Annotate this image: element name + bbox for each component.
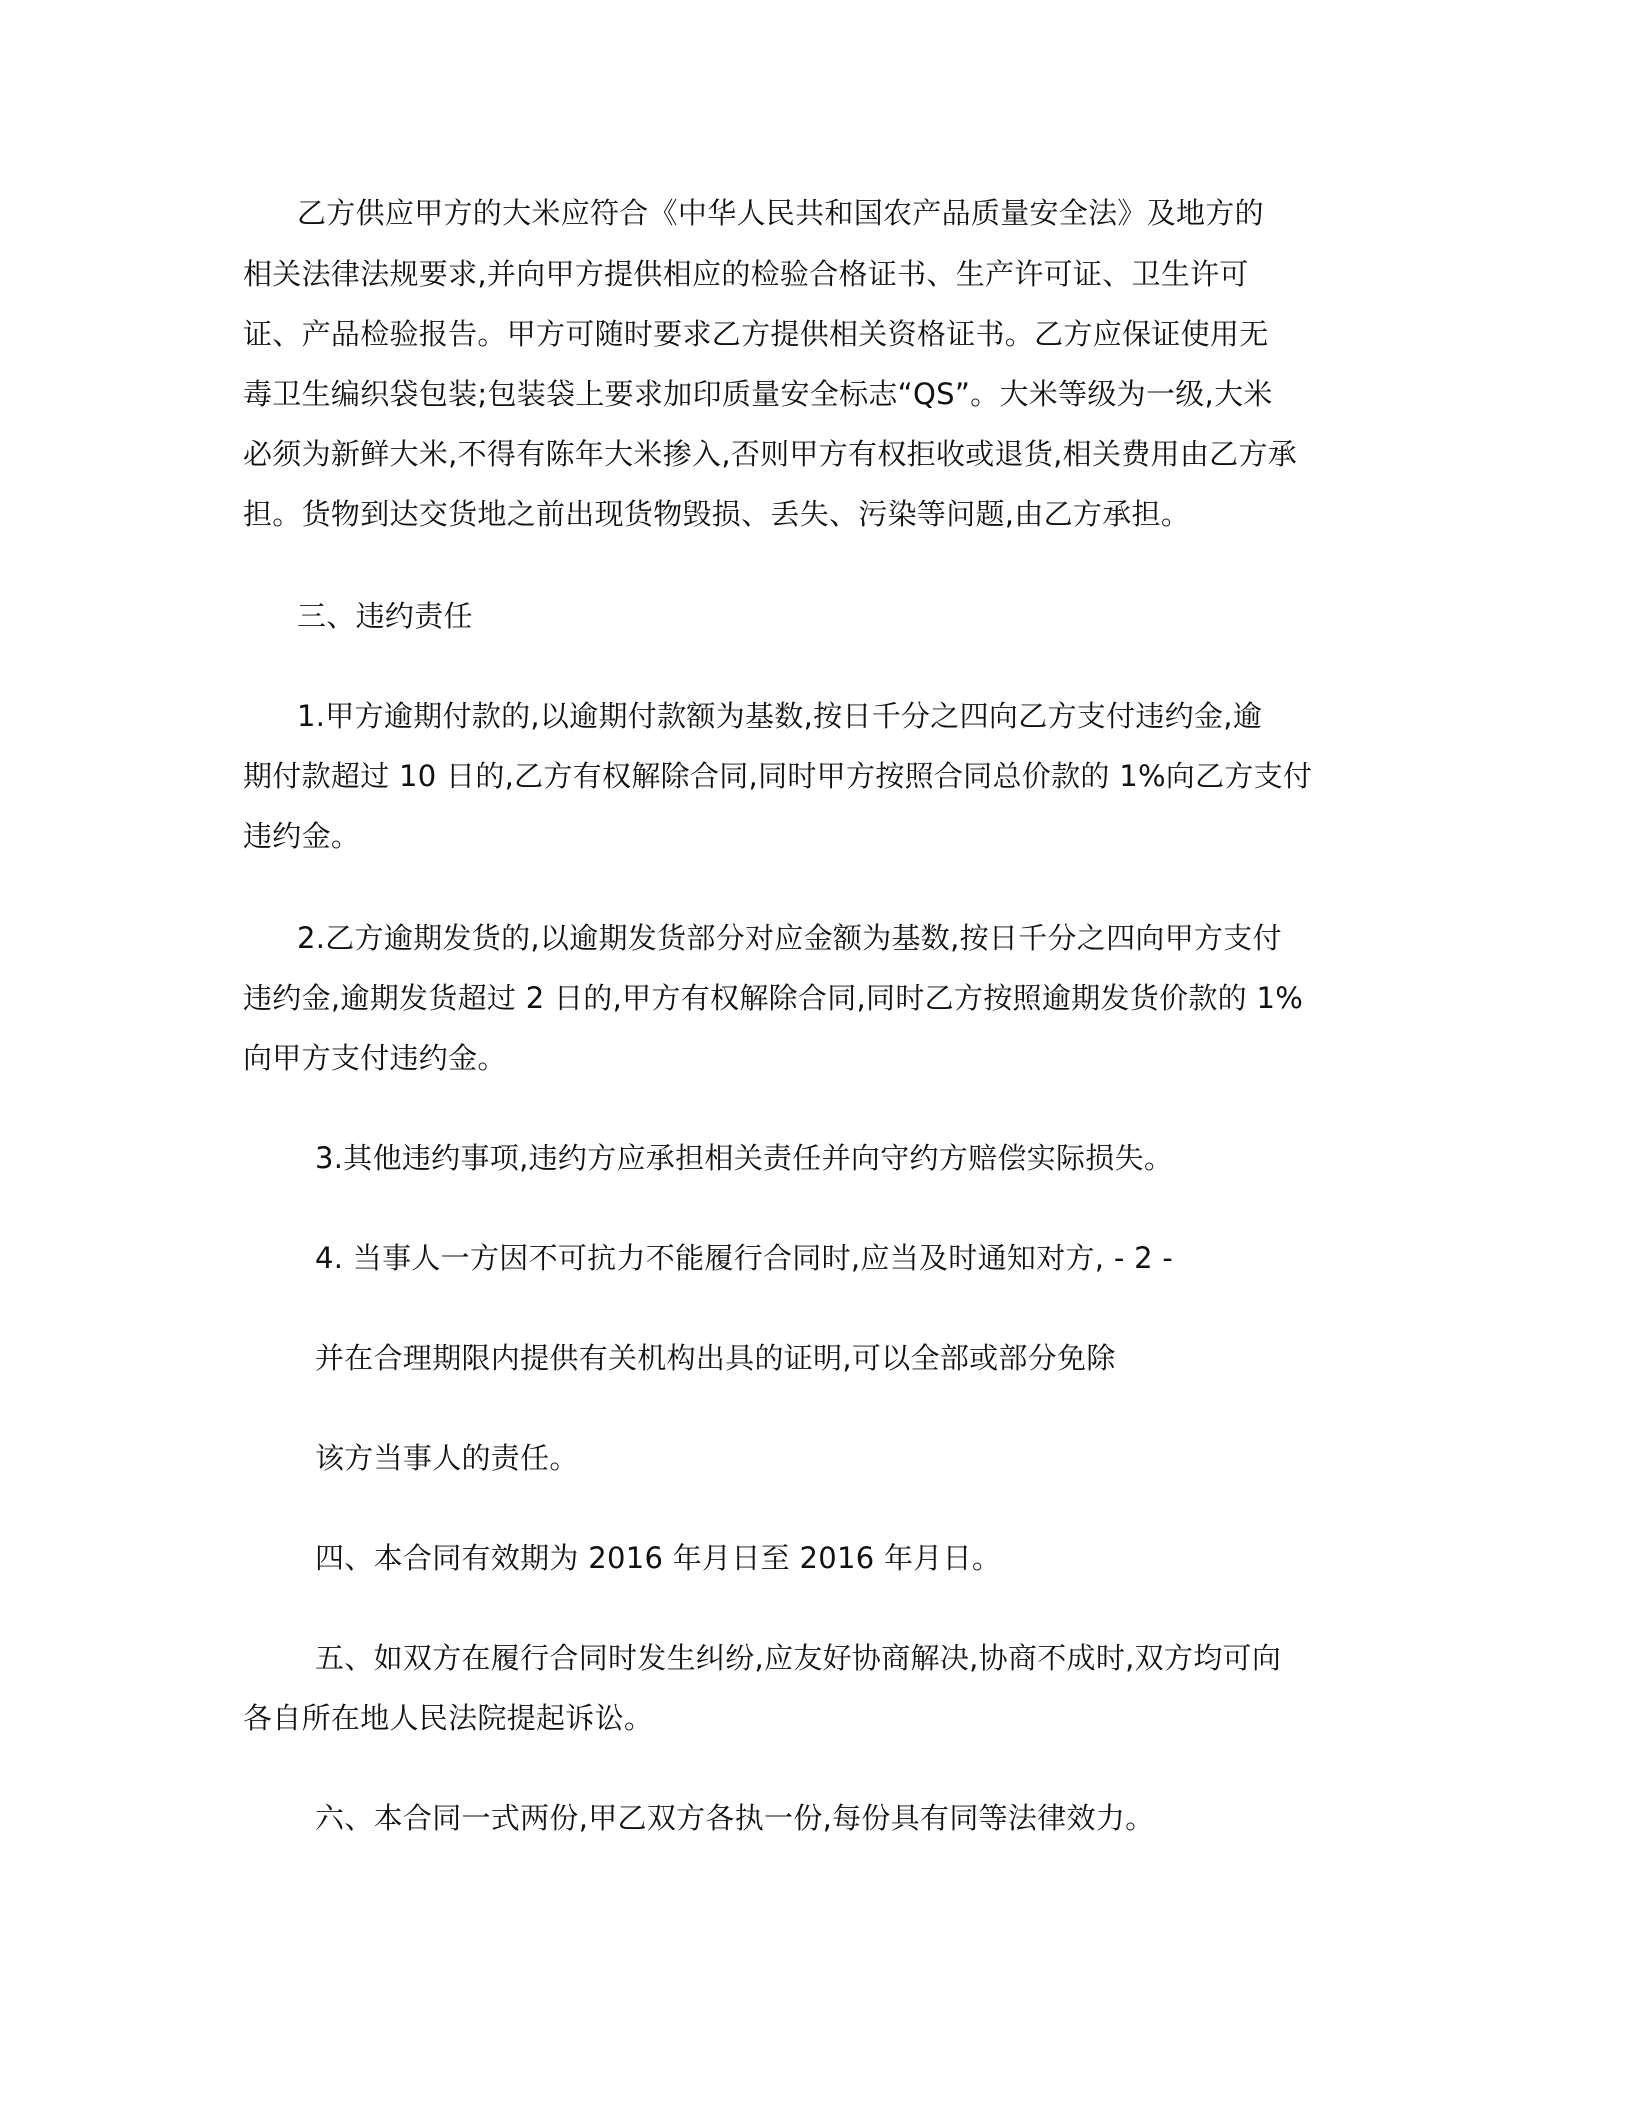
clause-line: 2.乙方逾期发货的,以逾期发货部分对应金额为基数,按日千分之四向甲方支付 xyxy=(297,918,1282,958)
clause-text: 4. 当事人一方因不可抗力不能履行合同时,应当及时通知对方, xyxy=(315,1241,1104,1275)
clause-line: 3.其他违约事项,违约方应承担相关责任并向守约方赔偿实际损失。 xyxy=(315,1138,1173,1178)
clause-line: 违约金,逾期发货超过 2 日的,甲方有权解除合同,同时乙方按照逾期发货价款的 1… xyxy=(243,978,1303,1018)
section-text: 六、本合同一式两份,甲乙双方各执一份,每份具有同等法律效力。 xyxy=(315,1798,1154,1838)
paragraph-line: 担。货物到达交货地之前出现货物毁损、丢失、污染等问题,由乙方承担。 xyxy=(243,494,1190,534)
paragraph-line: 相关法律法规要求,并向甲方提供相应的检验合格证书、生产许可证、卫生许可 xyxy=(243,254,1249,294)
section-text: 各自所在地人民法院提起诉讼。 xyxy=(243,1698,653,1738)
document-page: 乙方供应甲方的大米应符合《中华人民共和国农产品质量安全法》及地方的 相关法律法规… xyxy=(0,0,1632,2112)
paragraph-line: 必须为新鲜大米,不得有陈年大米掺入,否则甲方有权拒收或退货,相关费用由乙方承 xyxy=(243,434,1297,474)
section-text: 五、如双方在履行合同时发生纠纷,应友好协商解决,协商不成时,双方均可向 xyxy=(315,1638,1281,1678)
clause-line: 4. 当事人一方因不可抗力不能履行合同时,应当及时通知对方, - 2 - xyxy=(315,1238,1173,1278)
paragraph-line: 乙方供应甲方的大米应符合《中华人民共和国农产品质量安全法》及地方的 xyxy=(297,193,1264,233)
section-text: 四、本合同有效期为 2016 年月日至 2016 年月日。 xyxy=(315,1538,1001,1578)
paragraph-line: 证、产品检验报告。甲方可随时要求乙方提供相关资格证书。乙方应保证使用无 xyxy=(243,314,1269,354)
clause-line: 该方当事人的责任。 xyxy=(315,1438,579,1478)
paragraph-line: 毒卫生编织袋包装;包装袋上要求加印质量安全标志“QS”。大米等级为一级,大米 xyxy=(243,374,1273,414)
clause-line: 并在合理期限内提供有关机构出具的证明,可以全部或部分免除 xyxy=(315,1338,1116,1378)
clause-line: 向甲方支付违约金。 xyxy=(243,1038,507,1078)
section-heading: 三、违约责任 xyxy=(297,596,473,636)
clause-line: 1.甲方逾期付款的,以逾期付款额为基数,按日千分之四向乙方支付违约金,逾 xyxy=(297,696,1262,736)
page-number: - 2 - xyxy=(1114,1241,1173,1275)
clause-line: 违约金。 xyxy=(243,816,360,856)
clause-line: 期付款超过 10 日的,乙方有权解除合同,同时甲方按照合同总价款的 1%向乙方支… xyxy=(243,756,1312,796)
